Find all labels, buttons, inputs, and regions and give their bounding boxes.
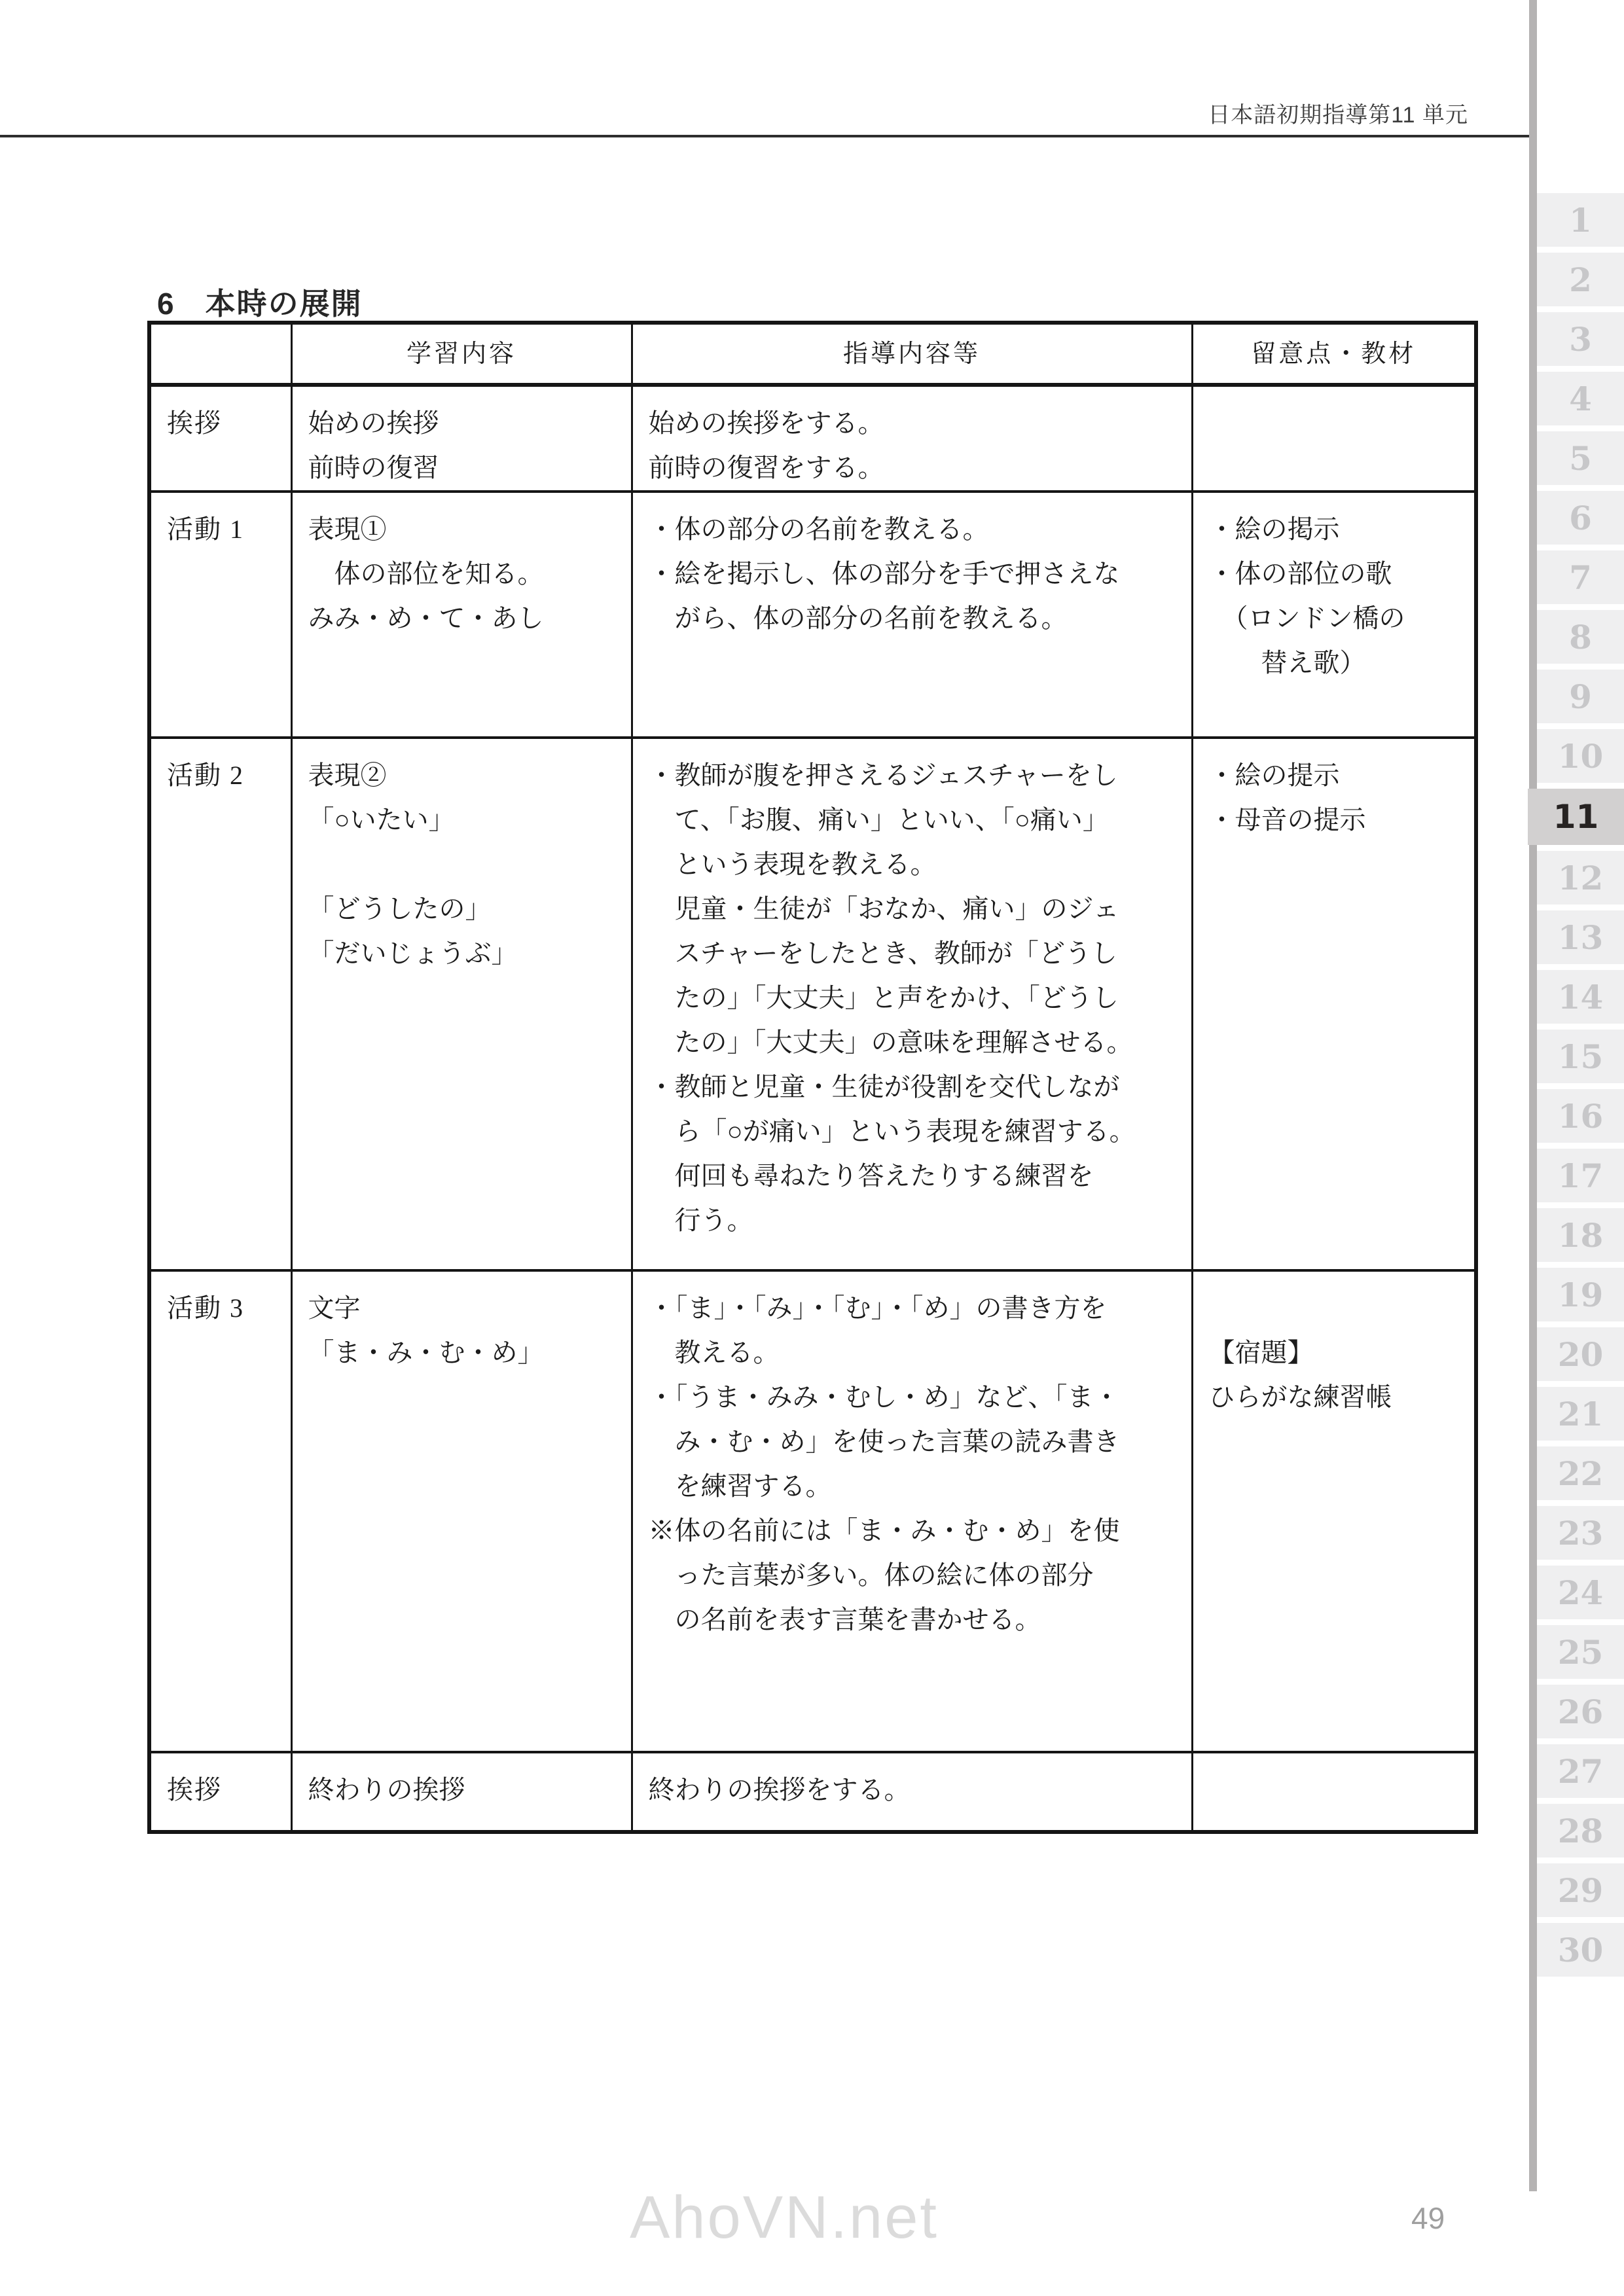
section-title: 6本時の展開 [157,280,363,323]
text-line: み・む・め」を使った言葉の読み書き [649,1420,1180,1464]
instruction-cell: 終わりの挨拶をする。 [632,1752,1192,1832]
text-line: ・母音の提示 [1209,798,1463,842]
text-line: ・「ま」・「み」・「む」・「め」の書き方を [649,1286,1180,1331]
unit-tab-23: 23 [1537,1506,1624,1560]
text-line: ・絵の提示 [1209,753,1463,798]
unit-tab-17: 17 [1537,1149,1624,1202]
text-line: （ロンドン橋の [1209,596,1463,641]
learning-cell: 表現②「○いたい」「どうしたの」「だいじょうぶ」 [291,738,632,1270]
row-label: 活動 3 [149,1270,291,1752]
sidebar-divider-line [1529,0,1537,2191]
text-line: ひらがな練習帳 [1209,1375,1463,1420]
text-line: ら「○が痛い」という表現を練習する。 [649,1109,1180,1154]
row-label: 活動 1 [149,492,291,738]
text-line [308,842,619,887]
unit-tab-25: 25 [1537,1625,1624,1679]
table-row-activity-2: 活動 2 表現②「○いたい」「どうしたの」「だいじょうぶ」 ・教師が腹を押さえる… [149,738,1476,1270]
text-line: 前時の復習 [308,446,619,490]
watermark: AhoVN.net [630,2183,939,2252]
text-line: 行う。 [649,1198,1180,1243]
text-line: 「ま・み・む・め」 [308,1331,619,1375]
text-line: 始めの挨拶 [308,401,619,446]
text-line: 表現② [308,753,619,798]
unit-tab-1: 1 [1537,193,1624,247]
text-line: ・絵を掲示し、体の部分を手で押さえな [649,552,1180,596]
unit-tab-5: 5 [1537,431,1624,485]
section-title-text: 本時の展開 [206,287,363,321]
text-line: ・絵の掲示 [1209,507,1463,552]
text-line: 終わりの挨拶 [308,1768,619,1812]
text-line: った言葉が多い。体の絵に体の部分 [649,1553,1180,1598]
text-line: ※体の名前には「ま・み・む・め」を使 [649,1509,1180,1553]
notes-cell: ・絵の提示・母音の提示 [1192,738,1476,1270]
text-line: たの」「大丈夫」の意味を理解させる。 [649,1020,1180,1065]
text-line: という表現を教える。 [649,842,1180,887]
unit-tab-9: 9 [1537,670,1624,723]
instruction-cell: ・「ま」・「み」・「む」・「め」の書き方を 教える。・「うま・みみ・むし・め」な… [632,1270,1192,1752]
text-line: ・「うま・みみ・むし・め」など、「ま・ [649,1375,1180,1420]
row-label: 挨拶 [149,1752,291,1832]
page-header-text: 日本語初期指導第11 単元 [1208,97,1468,129]
text-line: がら、体の部分の名前を教える。 [649,596,1180,641]
text-line: ・教師と児童・生徒が役割を交代しなが [649,1065,1180,1109]
unit-tab-15: 15 [1537,1030,1624,1083]
unit-tab-6: 6 [1537,491,1624,545]
text-line: 【宿題】 [1209,1331,1463,1375]
lesson-plan-table: 学習内容 指導内容等 留意点・教材 挨拶 始めの挨拶前時の復習 始めの挨拶をする… [147,321,1478,1834]
text-line: たの」「大丈夫」と声をかけ、「どうし [649,976,1180,1020]
unit-tab-2: 2 [1537,253,1624,306]
unit-tab-4: 4 [1537,372,1624,425]
text-line: 「どうしたの」 [308,887,619,931]
table-row-activity-3: 活動 3 文字「ま・み・む・め」 ・「ま」・「み」・「む」・「め」の書き方を 教… [149,1270,1476,1752]
unit-tab-24: 24 [1537,1566,1624,1619]
text-line: 教える。 [649,1331,1180,1375]
learning-cell: 文字「ま・み・む・め」 [291,1270,632,1752]
text-line: 替え歌） [1209,641,1463,685]
notes-cell [1192,1752,1476,1832]
text-line: 文字 [308,1286,619,1331]
table-row-activity-1: 活動 1 表現① 体の部位を知る。みみ・め・て・あし ・体の部分の名前を教える。… [149,492,1476,738]
unit-tab-26: 26 [1537,1685,1624,1738]
unit-tab-20: 20 [1537,1327,1624,1381]
unit-tab-8: 8 [1537,610,1624,664]
text-line: スチャーをしたとき、教師が「どうし [649,931,1180,976]
learning-cell: 始めの挨拶前時の復習 [291,385,632,492]
text-line [1209,1286,1463,1331]
table-row-greeting-end: 挨拶 終わりの挨拶 終わりの挨拶をする。 [149,1752,1476,1832]
row-label: 活動 2 [149,738,291,1270]
text-line: みみ・め・て・あし [308,596,619,641]
unit-tab-28: 28 [1537,1804,1624,1857]
notes-cell: 【宿題】ひらがな練習帳 [1192,1270,1476,1752]
unit-tab-19: 19 [1537,1268,1624,1321]
text-line: ・教師が腹を押さえるジェスチャーをし [649,753,1180,798]
text-line: 「だいじょうぶ」 [308,931,619,976]
text-line: て、「お腹、痛い」といい、「○痛い」 [649,798,1180,842]
unit-tab-29: 29 [1537,1863,1624,1917]
unit-tab-10: 10 [1537,729,1624,783]
row-label: 挨拶 [149,385,291,492]
text-line: 終わりの挨拶をする。 [649,1768,1180,1812]
unit-tab-30: 30 [1537,1923,1624,1977]
unit-tab-21: 21 [1537,1387,1624,1441]
learning-cell: 終わりの挨拶 [291,1752,632,1832]
text-line: ・体の部位の歌 [1209,552,1463,596]
text-line: 「○いたい」 [308,798,619,842]
header-divider-line [0,135,1529,137]
col-header-instruction: 指導内容等 [632,323,1192,385]
instruction-cell: ・体の部分の名前を教える。・絵を掲示し、体の部分を手で押さえな がら、体の部分の… [632,492,1192,738]
unit-tab-12: 12 [1537,851,1624,905]
section-number: 6 [157,287,175,321]
unit-tab-13: 13 [1537,910,1624,964]
col-header-learning: 学習内容 [291,323,632,385]
unit-tab-3: 3 [1537,312,1624,366]
learning-cell: 表現① 体の部位を知る。みみ・め・て・あし [291,492,632,738]
unit-tab-16: 16 [1537,1089,1624,1143]
table-header-row: 学習内容 指導内容等 留意点・教材 [149,323,1476,385]
text-line: 表現① [308,507,619,552]
unit-tab-22: 22 [1537,1446,1624,1500]
unit-tab-7: 7 [1537,550,1624,604]
text-line: 始めの挨拶をする。 [649,401,1180,446]
instruction-cell: 始めの挨拶をする。前時の復習をする。 [632,385,1192,492]
text-line: の名前を表す言葉を書かせる。 [649,1598,1180,1642]
page-number: 49 [1411,2200,1445,2236]
col-header-empty [149,323,291,385]
text-line: 体の部位を知る。 [308,552,619,596]
instruction-cell: ・教師が腹を押さえるジェスチャーをし て、「お腹、痛い」といい、「○痛い」 とい… [632,738,1192,1270]
unit-tab-14: 14 [1537,970,1624,1024]
notes-cell: ・絵の掲示・体の部位の歌 （ロンドン橋の 替え歌） [1192,492,1476,738]
text-line: 前時の復習をする。 [649,446,1180,490]
unit-tab-sidebar: 1234567891011121314151617181920212223242… [1537,193,1624,1982]
unit-tab-27: 27 [1537,1744,1624,1798]
unit-tab-11: 11 [1528,789,1624,845]
unit-tab-18: 18 [1537,1208,1624,1262]
text-line: ・体の部分の名前を教える。 [649,507,1180,552]
col-header-notes: 留意点・教材 [1192,323,1476,385]
text-line: 児童・生徒が「おなか、痛い」のジェ [649,887,1180,931]
text-line: 何回も尋ねたり答えたりする練習を [649,1154,1180,1198]
notes-cell [1192,385,1476,492]
text-line: を練習する。 [649,1464,1180,1509]
table-row-greeting-start: 挨拶 始めの挨拶前時の復習 始めの挨拶をする。前時の復習をする。 [149,385,1476,492]
